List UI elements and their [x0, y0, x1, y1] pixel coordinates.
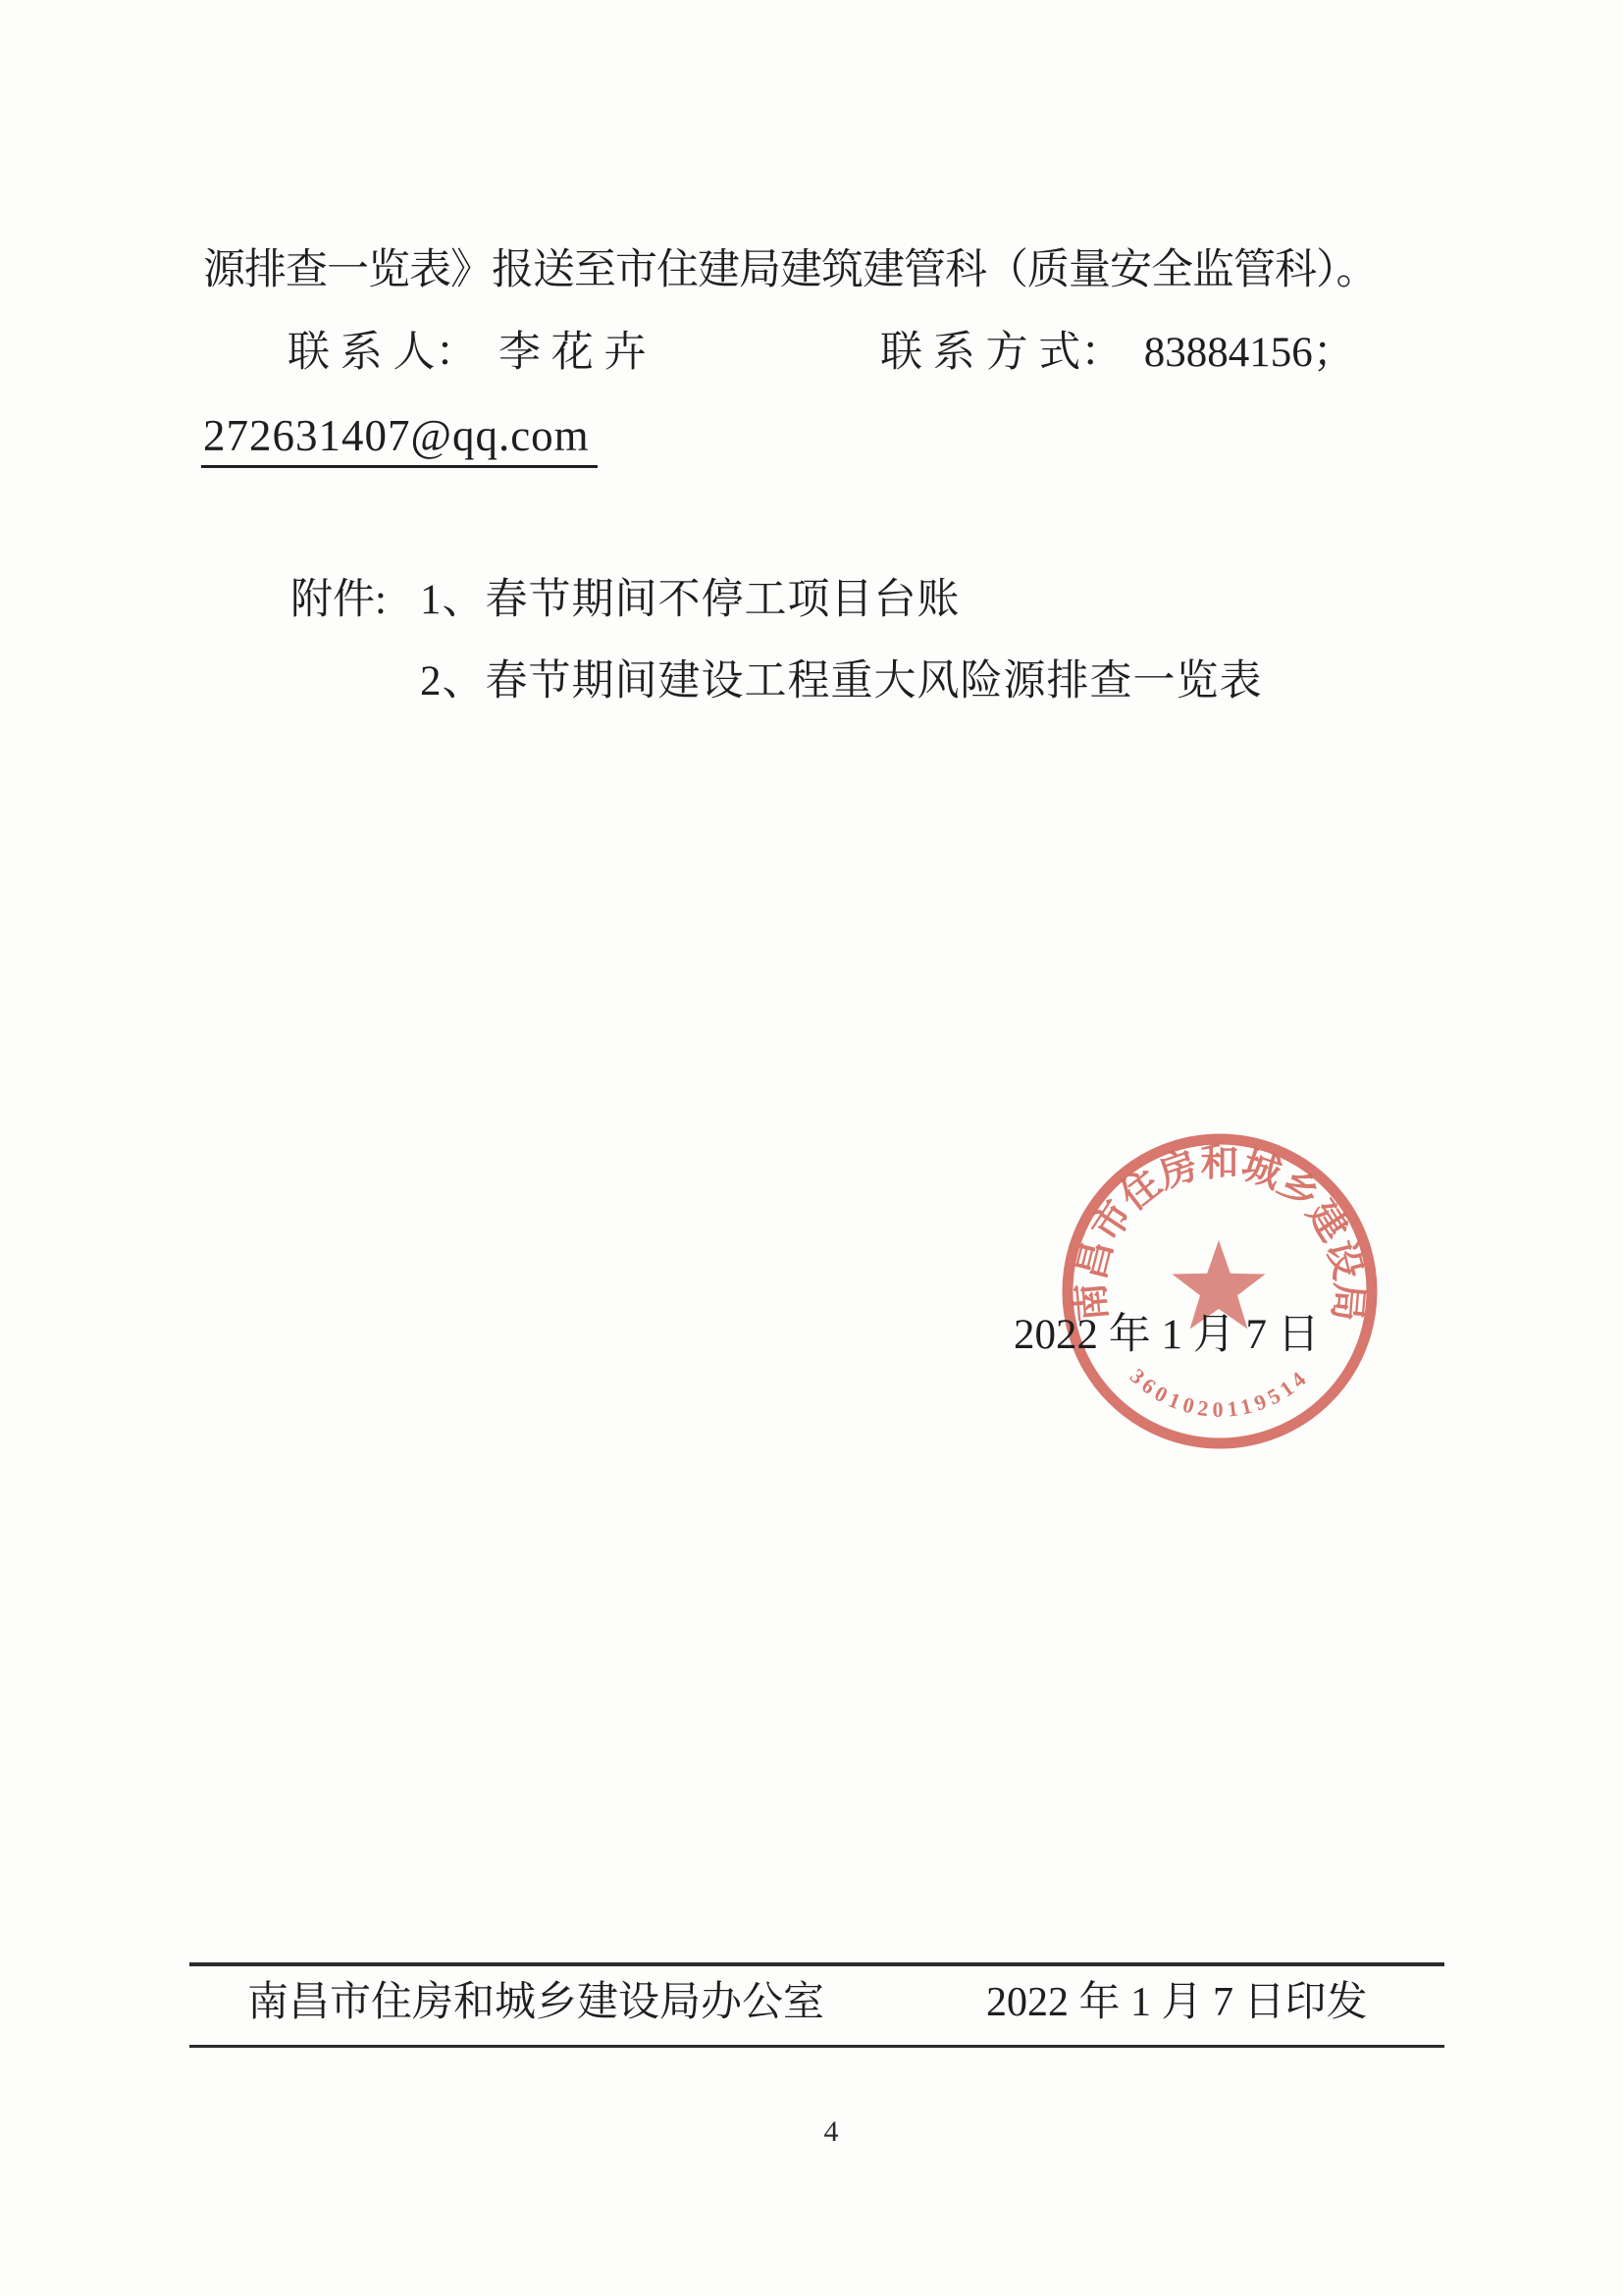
footer-divider-bottom: [189, 2045, 1444, 2048]
footer-issuing-office: 南昌市住房和城乡建设局办公室: [247, 1980, 824, 2025]
contact-email-text: 272631407@qq.com: [201, 412, 598, 468]
footer-divider-top: [189, 1962, 1444, 1966]
contact-phone-text: 联 系 方 式： 83884156；: [880, 330, 1355, 376]
contact-person-text: 联 系 人： 李 花 卉: [288, 330, 647, 376]
attachment-item-2: 2、春节期间建设工程重大风险源排查一览表: [420, 658, 1263, 704]
attachment-item-1: 1、春节期间不停工项目台账: [420, 577, 961, 623]
footer-print-date: 2022 年 1 月 7 日印发: [986, 1980, 1368, 2025]
svg-text:3601020119514: 3601020119514: [1126, 1364, 1314, 1422]
attachments-label: 附件:: [290, 577, 387, 623]
body-paragraph-continuation: 源排查一览表》报送至市住建局建筑建管科（质量安全监管科）。: [203, 247, 1378, 293]
issue-date-text: 2022 年 1 月 7 日: [1014, 1312, 1320, 1358]
official-seal: 南昌市住房和城乡建设局 3601020119514: [1053, 1124, 1387, 1458]
seal-serial-number: 3601020119514: [1126, 1364, 1314, 1422]
page-number: 4: [782, 2115, 880, 2149]
document-page: 源排查一览表》报送至市住建局建筑建管科（质量安全监管科）。 联 系 人： 李 花…: [0, 0, 1623, 2296]
